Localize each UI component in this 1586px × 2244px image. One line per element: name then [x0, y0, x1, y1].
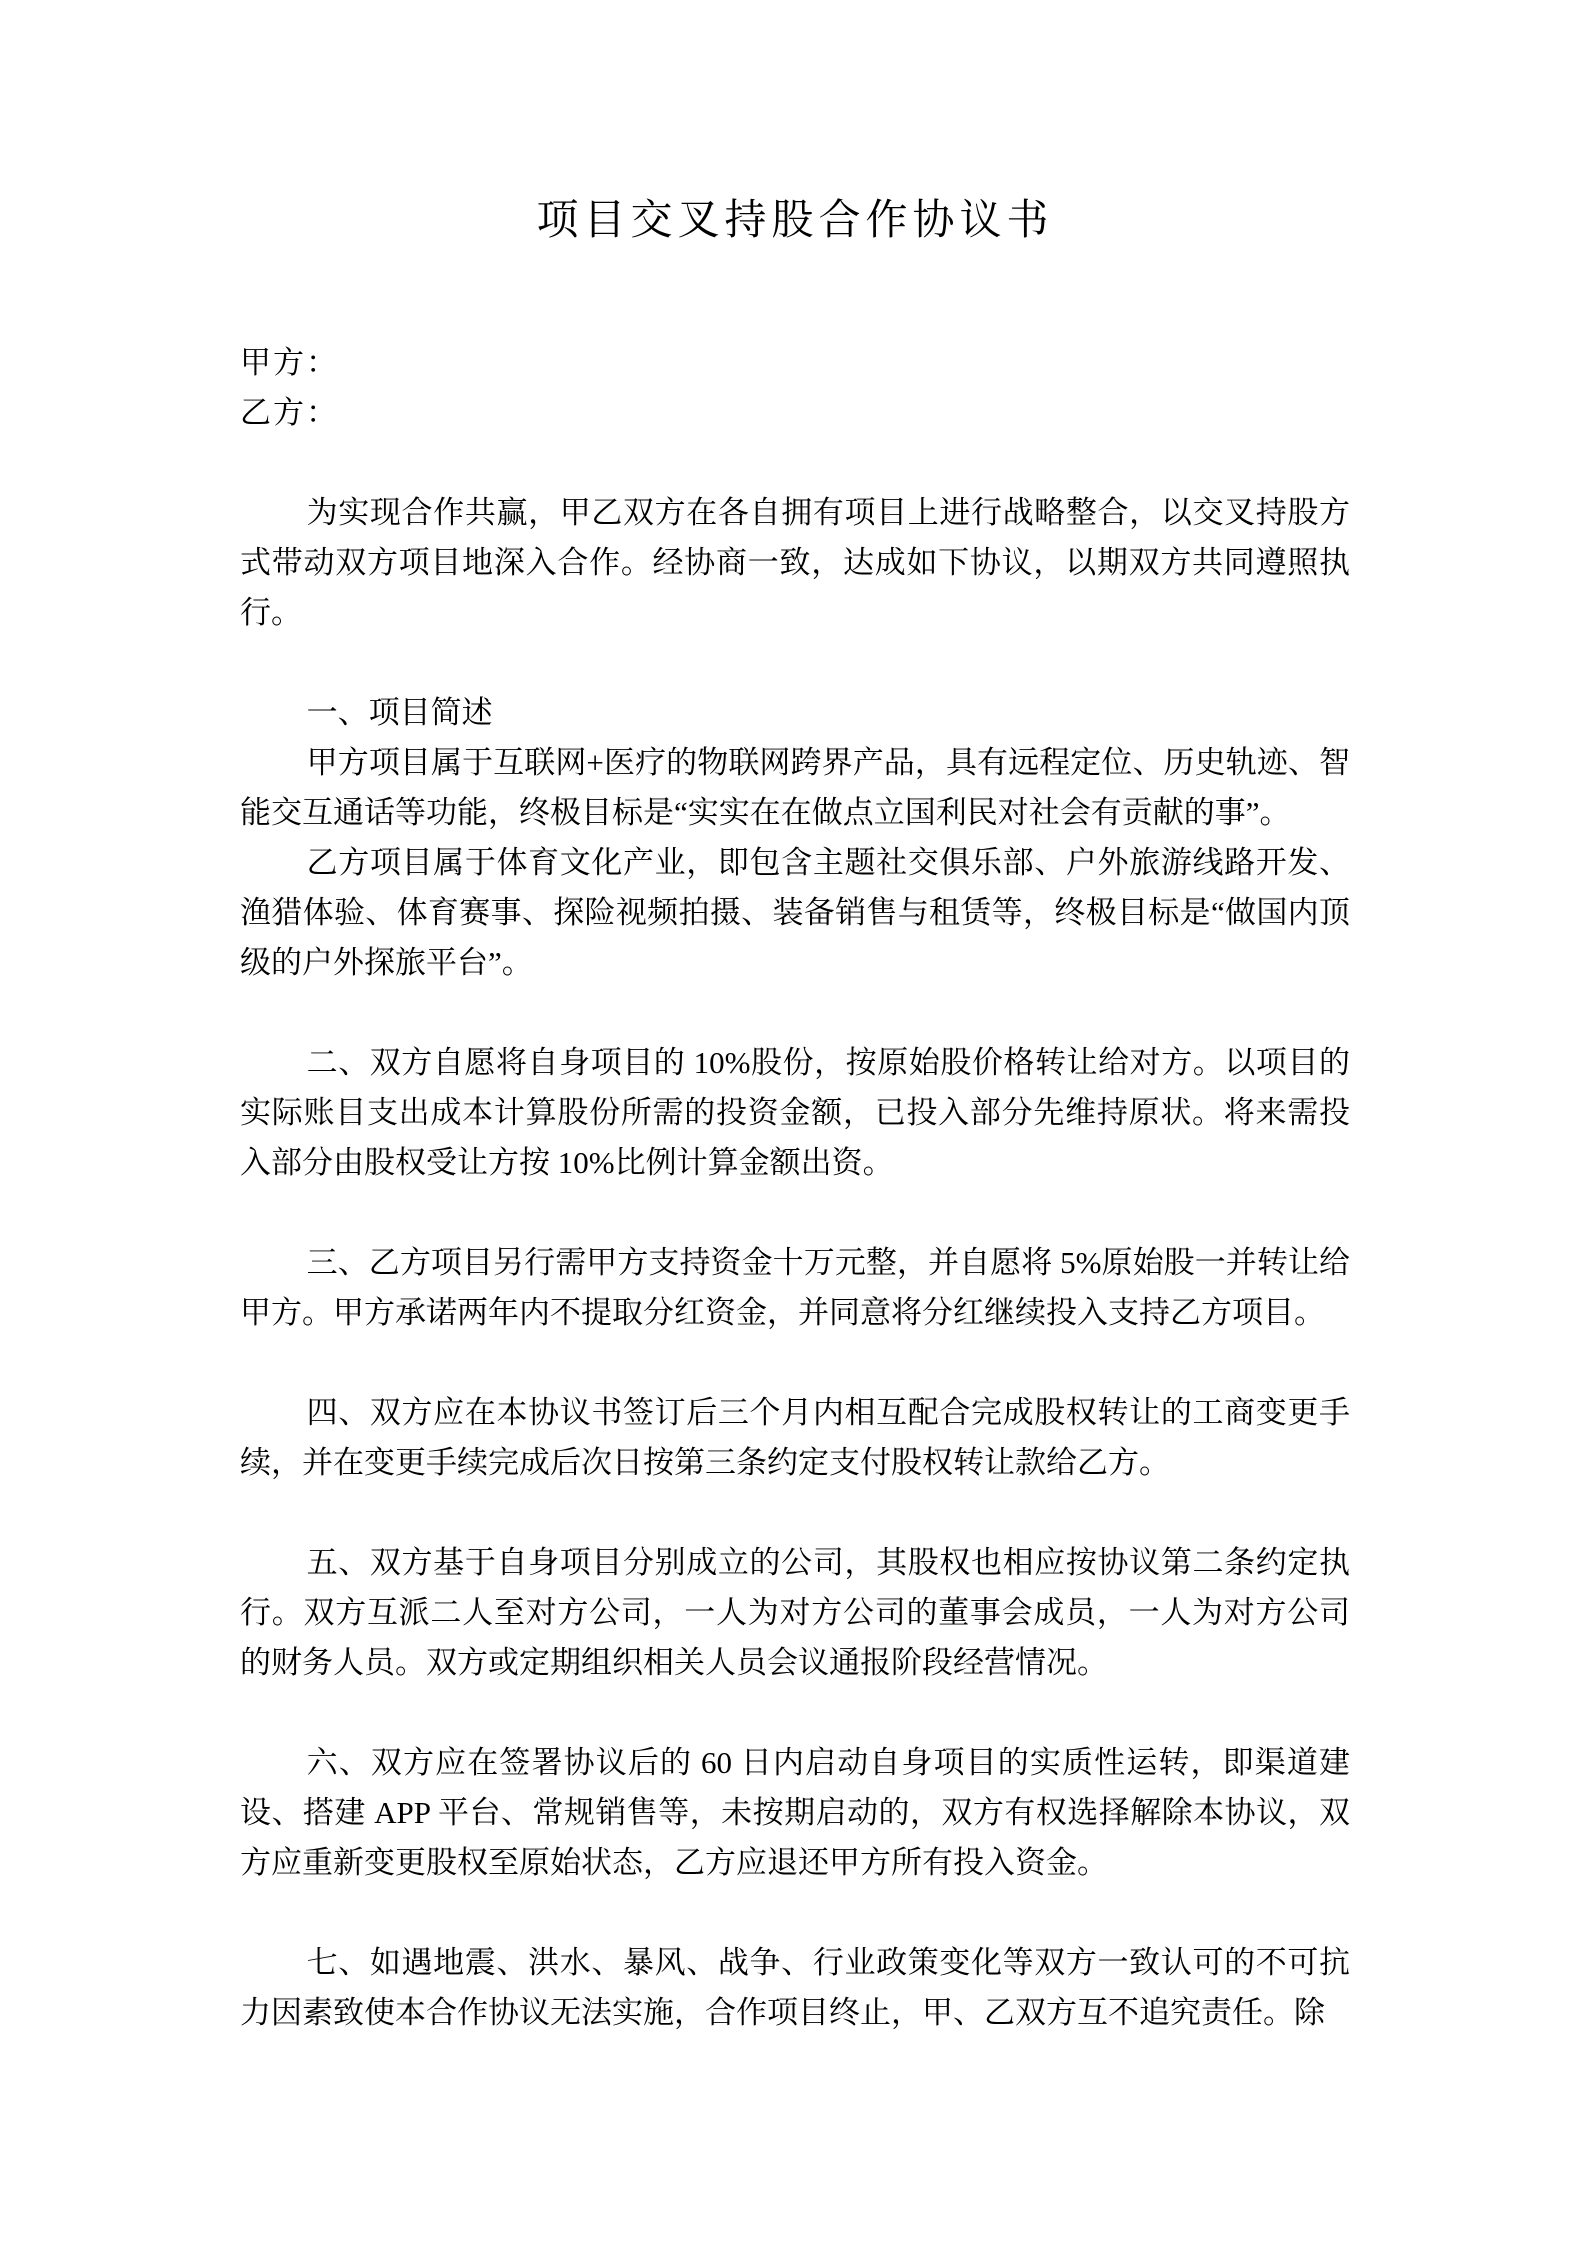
document-page: 项目交叉持股合作协议书 甲方： 乙方： 为实现合作共赢，甲乙双方在各自拥有项目上… — [0, 0, 1586, 2244]
section-7-paragraph: 七、如遇地震、洪水、暴风、战争、行业政策变化等双方一致认可的不可抗力因素致使本合… — [240, 1938, 1350, 2038]
section-4-paragraph: 四、双方应在本协议书签订后三个月内相互配合完成股权转让的工商变更手续，并在变更手… — [240, 1388, 1350, 1488]
document-title: 项目交叉持股合作协议书 — [240, 0, 1350, 250]
section-1-paragraph-party-b: 乙方项目属于体育文化产业，即包含主题社交俱乐部、户外旅游线路开发、渔猎体验、体育… — [240, 838, 1350, 988]
section-1-heading: 一、项目简述 — [240, 688, 1350, 738]
section-3-paragraph: 三、乙方项目另行需甲方支持资金十万元整，并自愿将 5%原始股一并转让给甲方。甲方… — [240, 1238, 1350, 1338]
party-b-line: 乙方： — [240, 388, 1350, 438]
section-1-paragraph-party-a: 甲方项目属于互联网+医疗的物联网跨界产品，具有远程定位、历史轨迹、智能交互通话等… — [240, 738, 1350, 838]
section-2-paragraph: 二、双方自愿将自身项目的 10%股份，按原始股价格转让给对方。以项目的实际账目支… — [240, 1038, 1350, 1188]
section-6-paragraph: 六、双方应在签署协议后的 60 日内启动自身项目的实质性运转，即渠道建设、搭建 … — [240, 1738, 1350, 1888]
preamble-paragraph: 为实现合作共赢，甲乙双方在各自拥有项目上进行战略整合，以交叉持股方式带动双方项目… — [240, 488, 1350, 638]
party-a-line: 甲方： — [240, 338, 1350, 388]
section-5-paragraph: 五、双方基于自身项目分别成立的公司，其股权也相应按协议第二条约定执行。双方互派二… — [240, 1538, 1350, 1688]
